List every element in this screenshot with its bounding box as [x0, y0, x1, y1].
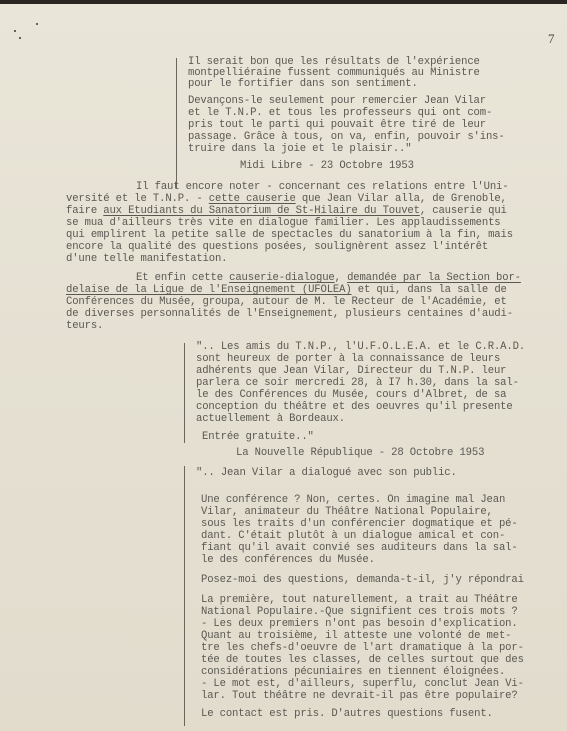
text-span: que Jean Vilar alla, de Grenoble,	[296, 193, 507, 205]
text-span: ,	[335, 272, 347, 284]
underlined-text: delaise de la Ligue de l'Enseignement (U…	[66, 284, 352, 296]
underlined-text: aux Etudiants du Sanatorium de St-Hilair…	[103, 205, 420, 217]
quote-margin-rule	[184, 343, 185, 443]
quote-line: Vilar, animateur du Théâtre National Pop…	[201, 506, 493, 518]
quote-source: La Nouvelle République - 28 Octobre 1953	[236, 447, 484, 459]
quote-line: - Les deux premiers n'ont pas besoin d'e…	[201, 618, 518, 630]
paragraph-line: Et enfin cette causerie-dialogue, demand…	[136, 272, 521, 284]
document-page: 7 Il serait bon que les résultats de l'e…	[0, 0, 567, 731]
quote-line: lar. Tout théâtre ne devrait-il pas être…	[201, 690, 518, 702]
quote-line: Devançons-le seulement pour remercier Je…	[188, 95, 486, 107]
text-span: faire	[66, 205, 103, 217]
ink-speck	[36, 23, 38, 25]
paragraph-line: Il faut encore noter - concernant ces re…	[136, 181, 508, 193]
quote-line: adhérents que Jean Vilar, Directeur du T…	[196, 365, 506, 377]
quote-line: sont heureux de porter à la connaissance…	[196, 353, 500, 365]
quote-line: National Populaire.-Que signifient ces t…	[201, 606, 518, 618]
quote-margin-rule	[184, 466, 185, 726]
text-span: , causerie qui	[420, 205, 507, 217]
text-span: et qui, dans la salle de	[352, 284, 507, 296]
quote-line: ".. Les amis du T.N.P., l'U.F.O.L.E.A. e…	[196, 341, 525, 353]
quote-source: Midi Libre - 23 Octobre 1953	[240, 160, 414, 172]
paragraph-line: d'une telle manifestation.	[66, 253, 227, 265]
paragraph-line: teurs.	[66, 320, 103, 332]
paragraph-line: se mua d'ailleurs très vite en dialogue …	[66, 217, 501, 229]
quote-line: fiant qu'il avait convié ses auditeurs d…	[201, 542, 518, 554]
quote-line: conception du théâtre et des oeuvres qu'…	[196, 401, 513, 413]
quote-line: le des conférences du Musée.	[201, 554, 375, 566]
quote-line: truire dans la joie et le plaisir.."	[188, 143, 411, 155]
quote-line: pour le fortifier dans son sentiment.	[188, 78, 418, 90]
quote-line: dant. C'était plutôt à un dialogue amica…	[201, 530, 505, 542]
underlined-text: cette causerie	[209, 193, 296, 205]
ink-speck	[19, 37, 21, 39]
underlined-text: causerie-dialogue	[229, 272, 335, 284]
quote-line: le des Conférences du Musée, cours d'Alb…	[196, 389, 506, 401]
quote-line: Le contact est pris. D'autres questions …	[201, 708, 493, 720]
page-number: 7	[548, 31, 555, 47]
quote-line: Quant au troisième, il atteste une volon…	[201, 630, 511, 642]
paragraph-line: qui emplirent la petite salle de spectac…	[66, 229, 513, 241]
quote-line: passage. Grâce à tous, on va, enfin, pou…	[188, 131, 505, 143]
quote-line: pris tout le parti qui pouvait être tiré…	[188, 119, 486, 131]
quote-line: sous les traits d'un conférencier dogmat…	[201, 518, 518, 530]
paragraph-line: encore la qualité des questions posées, …	[66, 241, 488, 253]
quote-line: tre les chefs-d'oeuvre de l'art dramatiq…	[201, 642, 524, 654]
page-top-edge	[0, 0, 567, 4]
paragraph-line: faire aux Etudiants du Sanatorium de St-…	[66, 205, 507, 217]
text-span: versité et le T.N.P. -	[66, 193, 209, 205]
ink-speck	[14, 30, 16, 32]
text-span: Et enfin cette	[136, 272, 229, 284]
quote-line: Une conférence ? Non, certes. On imagine…	[201, 494, 505, 506]
paragraph-line: Conférences du Musée, groupa, autour de …	[66, 296, 507, 308]
paragraph-line: de diverses personnalités de l'Enseignem…	[66, 308, 513, 320]
quote-line: actuellement à Bordeaux.	[196, 413, 345, 425]
paragraph-line: versité et le T.N.P. - cette causerie qu…	[66, 193, 507, 205]
quote-line: considérations pécuniaires en tiennent é…	[201, 666, 505, 678]
paragraph-line: delaise de la Ligue de l'Enseignement (U…	[66, 284, 507, 296]
quote-margin-rule	[176, 58, 177, 188]
underlined-text: demandée par la Section bor-	[347, 272, 521, 284]
quote-line: Posez-moi des questions, demanda-t-il, j…	[201, 574, 524, 586]
quote-line: La première, tout naturellement, a trait…	[201, 594, 518, 606]
quote-line: et le T.N.P. et tous les professeurs qui…	[188, 107, 492, 119]
quote-line: tée de toutes les classes, de celles sur…	[201, 654, 524, 666]
quote-line: ".. Jean Vilar a dialogué avec son publi…	[196, 467, 457, 479]
quote-line: parlera ce soir mercredi 28, à I7 h.30, …	[196, 377, 519, 389]
quote-line: - Le mot est, d'ailleurs, superflu, conc…	[201, 678, 524, 690]
quote-line: Entrée gratuite.."	[202, 431, 314, 443]
